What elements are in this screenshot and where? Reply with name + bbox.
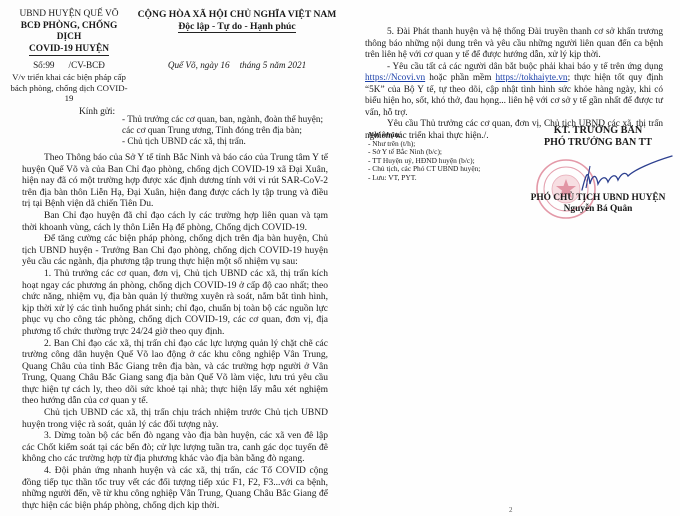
signer-authority: KT. TRƯỞNG BAN xyxy=(520,125,676,137)
document-body: Theo Thông báo của Sở Y tế tỉnh Bắc Ninh… xyxy=(22,153,328,512)
distribution-item: - Lưu: VT, PYT. xyxy=(368,174,508,183)
date-month: tháng 5 xyxy=(240,60,268,70)
recipients-label: Kính gửi: xyxy=(79,107,115,117)
task-4: 4. Đội phản ứng nhanh huyện và các xã, t… xyxy=(22,466,328,512)
task-3: 3. Dừng toàn bộ các bến đò ngang vào địa… xyxy=(22,431,328,466)
recipient-item: - Chủ tịch UBND các xã, thị trấn. xyxy=(122,136,332,147)
body-paragraph: Để tăng cường các biện pháp phòng, chống… xyxy=(22,234,328,269)
task-1: 1. Thủ trưởng các cơ quan, đơn vị, Chủ t… xyxy=(22,269,328,339)
national-motto: Độc lập - Tự do - Hạnh phúc xyxy=(178,21,295,34)
body-paragraph: Chủ tịch UBND các xã, thị trấn chịu trác… xyxy=(22,408,328,431)
tokhaiyte-link[interactable]: https://tokhaiyte.vn xyxy=(496,73,568,83)
document-code: /CV-BCĐ xyxy=(69,60,105,70)
document-page-1: UBND HUYỆN QUẾ VÕ BCĐ PHÒNG, CHỐNG DỊCH … xyxy=(0,0,340,516)
document-subject: V/v triển khai các biện pháp cấp bách ph… xyxy=(8,72,130,104)
committee-name-line1: BCĐ PHÒNG, CHỐNG DỊCH xyxy=(12,21,126,44)
signer-position: PHÓ CHỦ TỊCH UBND HUYỆN xyxy=(520,193,676,204)
distribution-list: Nơi nhận: - Như trên (t/h); - Sở Y tế Bắ… xyxy=(368,131,508,183)
declaration-text: hoặc phần mềm xyxy=(429,73,491,83)
body-paragraph: Ban Chỉ đạo huyện đã chỉ đạo cách ly các… xyxy=(22,211,328,234)
document-number: Số:99/CV-BCĐ xyxy=(12,60,126,70)
agency-name: UBND HUYỆN QUẾ VÕ xyxy=(12,9,126,21)
signature-block: KT. TRƯỞNG BAN PHÓ TRƯỞNG BAN TT PHÓ CHỦ… xyxy=(520,125,676,215)
page-number: 2 xyxy=(509,506,513,514)
date-year: năm 2021 xyxy=(270,60,307,70)
subject-line1: V/v triển khai các biện pháp cấp xyxy=(8,72,130,83)
subject-line2: bách phòng, chống dịch COVID-19 xyxy=(8,83,130,104)
task-2: 2. Ban Chỉ đạo các xã, thị trấn chỉ đạo … xyxy=(22,339,328,409)
date-place-day: Quế Võ, ngày 16 xyxy=(168,60,230,70)
issuing-agency-header: UBND HUYỆN QUẾ VÕ BCĐ PHÒNG, CHỐNG DỊCH … xyxy=(12,9,126,56)
national-header: CỘNG HÒA XÃ HỘI CHỦ NGHĨA VIỆT NAM Độc l… xyxy=(137,9,337,33)
task-5: 5. Đài Phát thanh huyện và hệ thống Đài … xyxy=(365,27,663,62)
document-number-value: Số:99 xyxy=(33,60,54,70)
ncovi-link[interactable]: https://Ncovi.vn xyxy=(365,73,425,83)
declaration-text: - Yêu cầu tất cả các người dân bắt buộc … xyxy=(387,62,663,72)
committee-name-line2: COVID-19 HUYỆN xyxy=(29,44,109,57)
nation-title: CỘNG HÒA XÃ HỘI CHỦ NGHĨA VIỆT NAM xyxy=(137,9,337,21)
recipient-item: - Thủ trưởng các cơ quan, ban, ngành, đo… xyxy=(122,114,332,136)
health-declaration-paragraph: - Yêu cầu tất cả các người dân bắt buộc … xyxy=(365,62,663,120)
issue-date: Quế Võ, ngày 16tháng 5 năm 2021 xyxy=(137,60,337,70)
signer-title: PHÓ TRƯỞNG BAN TT xyxy=(520,137,676,149)
recipients-list: - Thủ trưởng các cơ quan, ban, ngành, đo… xyxy=(122,114,332,147)
signer-name: Nguyễn Bá Quân xyxy=(520,204,676,215)
document-page-2: 5. Đài Phát thanh huyện và hệ thống Đài … xyxy=(340,0,680,516)
body-paragraph: Theo Thông báo của Sở Y tế tỉnh Bắc Ninh… xyxy=(22,153,328,211)
